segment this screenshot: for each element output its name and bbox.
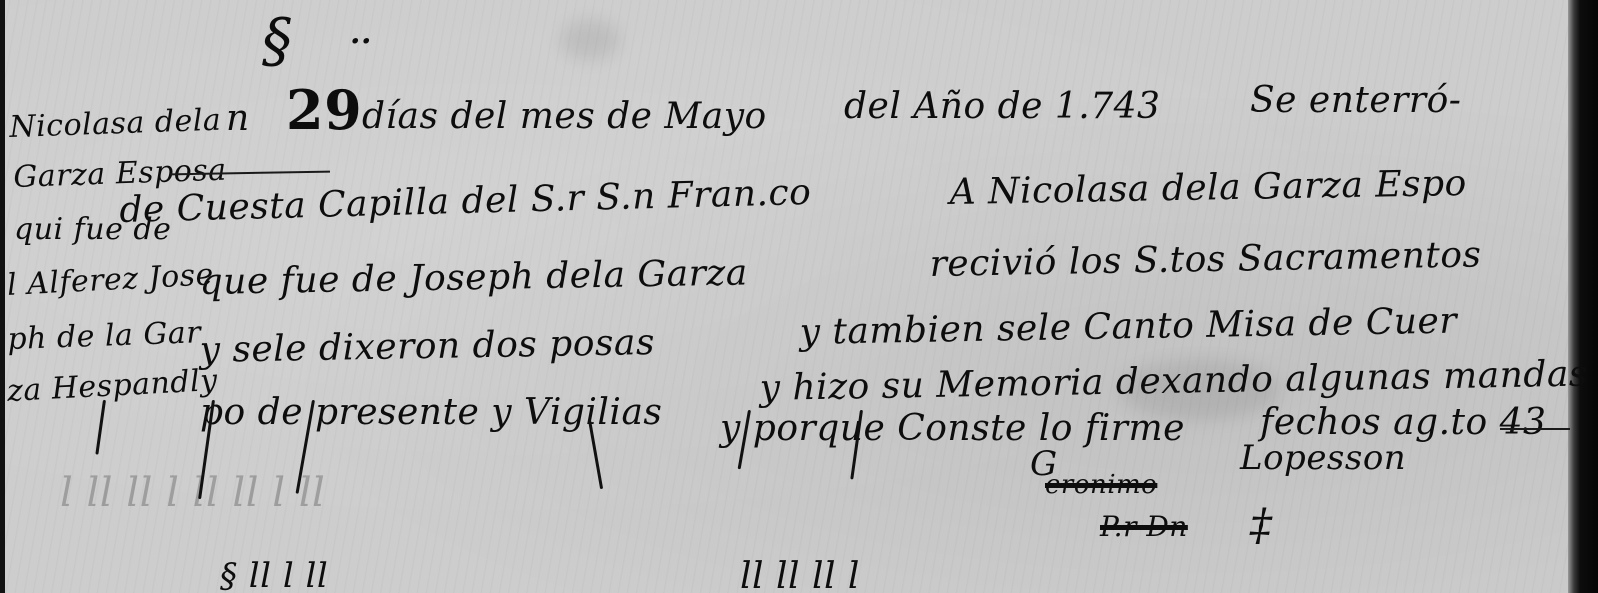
signature-rubric: ‡: [1250, 500, 1273, 551]
body-line-5a: po de presente y Vigilias: [200, 392, 662, 433]
dot-marks: ··: [350, 24, 372, 59]
body-line-1b: del Año de 1.743: [844, 86, 1160, 127]
paper-stain: [560, 20, 620, 60]
bleed-through-text: l ll ll l ll ll l ll: [60, 470, 325, 516]
signature-surname: Lopesson: [1240, 438, 1406, 478]
body-line-3a: que fue de Joseph dela Garza: [199, 252, 748, 303]
burial-day: 29: [286, 78, 362, 142]
page-left-edge: [0, 0, 5, 593]
page-binding-edge: [1568, 0, 1598, 593]
body-line-5b: y hizo su Memoria dexando algunas mandas: [759, 354, 1588, 409]
body-line-6b: fechos ag.to 43: [1260, 402, 1546, 443]
section-mark: §: [262, 6, 292, 76]
closing-underline: [1500, 428, 1570, 430]
body-line-1c: Se enterró-: [1250, 80, 1461, 121]
body-line-3b: recivió los S.tos Sacramentos: [929, 234, 1481, 285]
margin-note-line: l Alferez Jose: [6, 257, 214, 303]
signature-struck-name: eronimo: [1045, 470, 1157, 500]
margin-note-line: Nicolasa dela: [9, 103, 222, 145]
body-line-1a: días del mes de Mayo: [362, 96, 767, 137]
signature-priest: P.r Dn: [1100, 510, 1188, 543]
body-line-4b: y tambien sele Canto Misa de Cuer: [799, 301, 1457, 353]
body-prefix: n: [226, 98, 250, 139]
next-entry-ascenders: ll ll ll l: [740, 556, 860, 593]
body-line-4a: y sele dixeron dos posas: [199, 322, 655, 371]
margin-note-line: za Hespandly: [6, 363, 218, 409]
body-line-6a: y porque Conste lo firme: [720, 408, 1185, 449]
margin-note-line: ph de la Gar: [7, 315, 202, 357]
manuscript-page: § ·· Nicolasa dela Garza Esposa qui fue …: [0, 0, 1598, 593]
next-entry-fragment: § ll l ll: [220, 556, 328, 593]
body-line-2b: A Nicolasa dela Garza Espo: [949, 163, 1467, 213]
ink-descender: [95, 400, 106, 455]
